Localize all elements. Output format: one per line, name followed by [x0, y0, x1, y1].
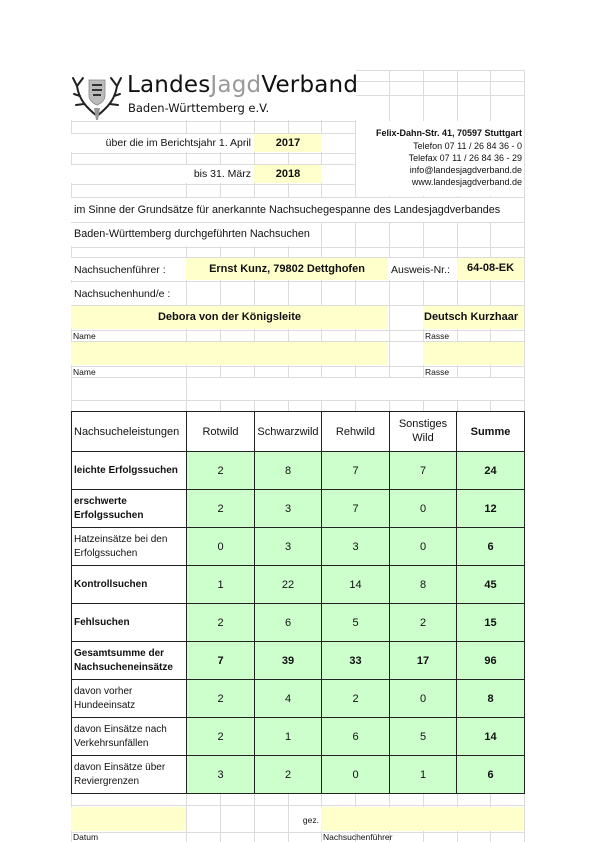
column-header: Rotwild — [187, 412, 255, 452]
handler-field[interactable]: Ernst Kunz, 79802 Dettghofen — [186, 258, 388, 280]
value-cell[interactable]: 2 — [187, 490, 255, 528]
value-cell[interactable]: 2 — [390, 604, 457, 642]
value-cell[interactable]: 2 — [322, 680, 390, 718]
table-row: erschwerte Erfolgssuchen237012 — [72, 490, 525, 528]
row-label: davon vorher Hundeeinsatz — [72, 680, 187, 718]
intro-line-1-cell: im Sinne der Grundsätze für anerkannte N… — [71, 198, 524, 222]
value-cell[interactable]: 17 — [390, 642, 457, 680]
table-row: davon Einsätze nach Verkehrsunfällen2165… — [72, 718, 525, 756]
value-cell[interactable]: 33 — [322, 642, 390, 680]
row-label: Hatzeinsätze bei den Erfolgssuchen — [72, 528, 187, 566]
value-cell[interactable]: 2 — [255, 756, 322, 794]
value-cell[interactable]: 7 — [322, 452, 390, 490]
column-header: Rehwild — [322, 412, 390, 452]
dog-2-breed-caption: Rasse — [425, 368, 449, 377]
dog-2-name-field[interactable] — [71, 342, 388, 365]
value-cell[interactable]: 2 — [187, 680, 255, 718]
table-row: leichte Erfolgssuchen287724 — [72, 452, 525, 490]
value-cell[interactable]: 2 — [187, 604, 255, 642]
date-field[interactable] — [71, 807, 186, 831]
sum-cell: 45 — [457, 566, 525, 604]
table-row: davon vorher Hundeeinsatz24208 — [72, 680, 525, 718]
row-label: Fehlsuchen — [72, 604, 187, 642]
value-cell[interactable]: 0 — [390, 680, 457, 718]
value-cell[interactable]: 2 — [187, 452, 255, 490]
row-label: leichte Erfolgssuchen — [72, 452, 187, 490]
column-header: Nachsucheleistungen — [72, 412, 187, 452]
dogs-label-cell: Nachsuchenhund/e : — [71, 283, 185, 305]
value-cell[interactable]: 22 — [255, 566, 322, 604]
value-cell[interactable]: 0 — [322, 756, 390, 794]
handler-id-label: Ausweis-Nr.: — [391, 265, 450, 276]
value-cell[interactable]: 6 — [255, 604, 322, 642]
blank-merged-cell — [187, 378, 524, 400]
value-cell[interactable]: 6 — [322, 718, 390, 756]
address-email[interactable]: info@landesjagdverband.de — [410, 166, 522, 175]
date-caption: Datum — [73, 833, 98, 842]
address-fax: Telefax 07 11 / 26 84 36 - 29 — [409, 154, 522, 163]
sum-cell: 6 — [457, 756, 525, 794]
period-from-label: über die im Berichtsjahr 1. April — [106, 138, 251, 149]
row-label: davon Einsätze nach Verkehrsunfällen — [72, 718, 187, 756]
value-cell[interactable]: 7 — [322, 490, 390, 528]
handler-label-cell: Nachsuchenführer : — [71, 258, 185, 280]
signer-caption: Nachsuchenführer — [323, 833, 392, 842]
sum-cell: 15 — [457, 604, 525, 642]
logo-subtitle: Baden-Württemberg e.V. — [128, 101, 269, 115]
sum-cell: 96 — [457, 642, 525, 680]
value-cell[interactable]: 1 — [255, 718, 322, 756]
value-cell[interactable]: 3 — [187, 756, 255, 794]
column-header: Schwarzwild — [255, 412, 322, 452]
value-cell[interactable]: 4 — [255, 680, 322, 718]
handler-label: Nachsuchenführer : — [74, 265, 166, 276]
value-cell[interactable]: 8 — [255, 452, 322, 490]
column-header: Summe — [457, 412, 525, 452]
value-cell[interactable]: 7 — [187, 642, 255, 680]
value-cell[interactable]: 1 — [390, 756, 457, 794]
table-row: Hatzeinsätze bei den Erfolgssuchen03306 — [72, 528, 525, 566]
row-label: davon Einsätze über Reviergrenzen — [72, 756, 187, 794]
value-cell[interactable]: 3 — [322, 528, 390, 566]
period-to-year[interactable]: 2018 — [254, 165, 322, 183]
value-cell[interactable]: 14 — [322, 566, 390, 604]
period-from-label-cell: über die im Berichtsjahr 1. April — [71, 134, 253, 152]
value-cell[interactable]: 1 — [187, 566, 255, 604]
period-to-label: bis 31. März — [194, 169, 251, 180]
value-cell[interactable]: 0 — [390, 528, 457, 566]
value-cell[interactable]: 5 — [322, 604, 390, 642]
intro-line-2: Baden-Württemberg durchgeführten Nachsuc… — [74, 229, 310, 240]
handler-id-field[interactable]: 64-08-EK — [457, 258, 524, 280]
dog-1-name-caption: Name — [73, 332, 96, 341]
value-cell[interactable]: 7 — [390, 452, 457, 490]
handler-id-label-cell: Ausweis-Nr.: — [389, 258, 456, 280]
sum-cell: 14 — [457, 718, 525, 756]
nachsuche-table: NachsucheleistungenRotwildSchwarzwildReh… — [71, 411, 525, 794]
value-cell[interactable]: 3 — [255, 528, 322, 566]
logo-title: LandesJagdVerband — [127, 72, 358, 98]
row-label: Kontrollsuchen — [72, 566, 187, 604]
value-cell[interactable]: 0 — [390, 490, 457, 528]
value-cell[interactable]: 5 — [390, 718, 457, 756]
table-row: Gesamtsumme der Nachsucheneinsätze739331… — [72, 642, 525, 680]
intro-line-1: im Sinne der Grundsätze für anerkannte N… — [74, 205, 500, 216]
address-street: Felix-Dahn-Str. 41, 70597 Stuttgart — [376, 129, 522, 138]
dog-1-breed-caption: Rasse — [425, 332, 449, 341]
deer-antlers-crest-icon — [71, 72, 123, 120]
address-phone: Telefon 07 11 / 26 84 36 - 0 — [413, 142, 522, 151]
table-row: davon Einsätze über Reviergrenzen32016 — [72, 756, 525, 794]
signed-label: gez. — [288, 816, 319, 825]
table-header-row: NachsucheleistungenRotwildSchwarzwildReh… — [72, 412, 525, 452]
row-label: Gesamtsumme der Nachsucheneinsätze — [72, 642, 187, 680]
sum-cell: 12 — [457, 490, 525, 528]
value-cell[interactable]: 3 — [255, 490, 322, 528]
signer-field[interactable] — [321, 807, 524, 831]
intro-line-2-cell: Baden-Württemberg durchgeführten Nachsuc… — [71, 223, 321, 246]
dog-2-breed-field[interactable] — [423, 342, 524, 365]
address-block: Felix-Dahn-Str. 41, 70597 Stuttgart Tele… — [356, 121, 524, 196]
column-header: Sonstiges Wild — [390, 412, 457, 452]
value-cell[interactable]: 39 — [255, 642, 322, 680]
sum-cell: 24 — [457, 452, 525, 490]
sum-cell: 8 — [457, 680, 525, 718]
value-cell[interactable]: 0 — [187, 528, 255, 566]
address-web[interactable]: www.landesjagdverband.de — [412, 178, 522, 187]
dog-1-breed-field[interactable]: Deutsch Kurzhaar — [423, 306, 524, 329]
period-to-label-cell: bis 31. März — [71, 165, 253, 183]
logo-block: LandesJagdVerband Baden-Württemberg e.V. — [71, 70, 356, 120]
value-cell[interactable]: 2 — [187, 718, 255, 756]
value-cell[interactable]: 8 — [390, 566, 457, 604]
table-row: Kontrollsuchen12214845 — [72, 566, 525, 604]
dog-1-name-field[interactable]: Debora von der Königsleite — [71, 306, 388, 329]
row-label: erschwerte Erfolgssuchen — [72, 490, 187, 528]
table-row: Fehlsuchen265215 — [72, 604, 525, 642]
sum-cell: 6 — [457, 528, 525, 566]
dogs-label: Nachsuchenhund/e : — [74, 289, 170, 300]
period-from-year[interactable]: 2017 — [254, 134, 322, 152]
dog-2-name-caption: Name — [73, 368, 96, 377]
